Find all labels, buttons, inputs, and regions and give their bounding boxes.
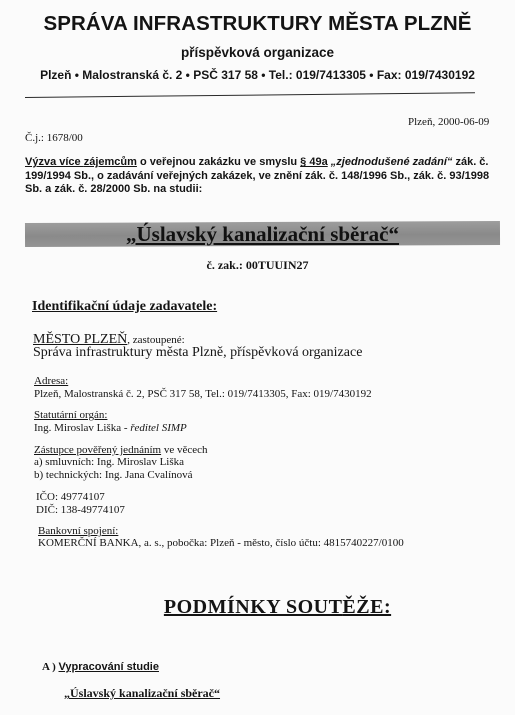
conditions-heading: PODMÍNKY SOUTĚŽE: [0,596,515,619]
reference-number: Č.j.: 1678/00 [25,132,83,144]
authority-section-heading: Identifikační údaje zadavatele: [32,299,217,315]
address-value: Plzeň, Malostranská č. 2, PSČ 317 58, Te… [34,388,372,400]
section-a: A ) Vypracování studie [42,661,159,673]
tax-id: DIČ: 138-49774107 [36,504,125,516]
intro-call-label: Výzva více zájemcům [25,156,137,168]
bank-label: Bankovní spojení: [38,525,118,537]
project-title: „Úslavský kanalizační sběrač“ [0,222,515,247]
company-id: IČO: 49774107 [36,491,105,503]
section-a-title: „Úslavský kanalizační sběrač“ [64,686,220,701]
intro-paragraph: Výzva více zájemcům o veřejnou zakázku v… [25,156,500,197]
statutory-body-value: Ing. Miroslav Liška - ředitel SIMP [34,422,187,434]
simplified-tender-quote: „zjednodušené zadání“ [331,156,453,168]
organization-title: SPRÁVA INFRASTRUKTURY MĚSTA PLZNĚ [0,12,515,36]
header-divider [25,92,475,98]
address-label: Adresa: [34,375,68,387]
bank-value: KOMERČNÍ BANKA, a. s., pobočka: Plzeň - … [38,537,404,549]
organization-subtitle: příspěvková organizace [0,45,515,60]
law-paragraph-reference: § 49a [300,156,328,168]
statutory-body-label: Statutární orgán: [34,409,107,421]
order-number: č. zak.: 00TUUIN27 [0,258,515,273]
organization-address: Plzeň • Malostranská č. 2 • PSČ 317 58 •… [0,68,515,82]
representative-contractual: a) smluvních: Ing. Miroslav Liška [34,456,184,468]
document-date: Plzeň, 2000-06-09 [408,116,489,128]
representative-technical: b) technických: Ing. Jana Cvalínová [34,469,193,481]
representative-label: Zástupce pověřený jednáním ve věcech [34,444,208,456]
authority-representative-org: Správa infrastruktury města Plzně, přísp… [33,345,362,361]
